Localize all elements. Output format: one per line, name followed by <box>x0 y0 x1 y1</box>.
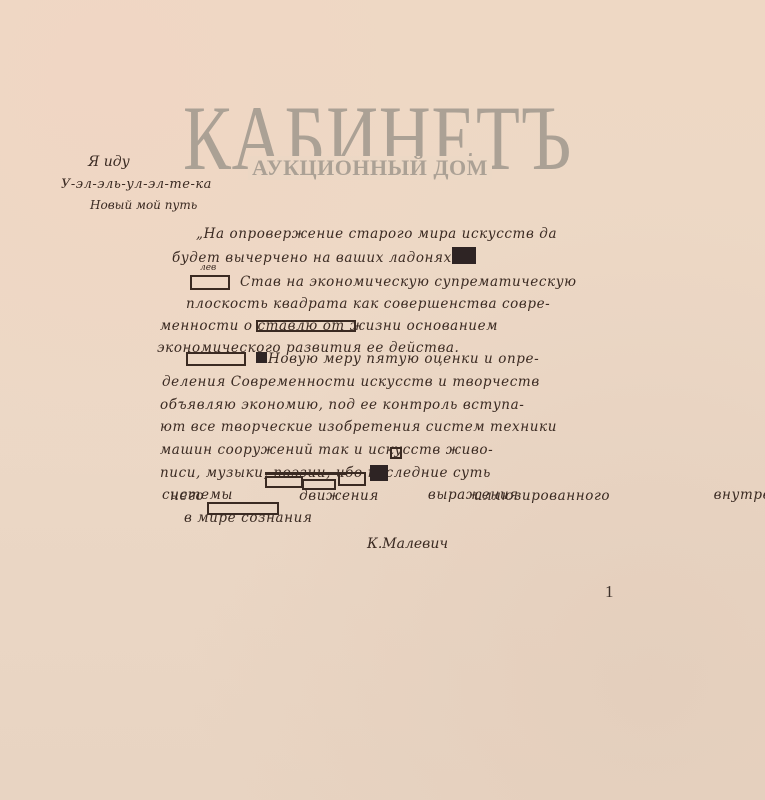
manuscript-line: „На опровержение старого мира искусств д… <box>196 226 557 242</box>
manuscript-line: ют все творческие изобретения систем тех… <box>160 419 557 435</box>
small-square-icon <box>390 447 402 459</box>
empty-square-icon <box>338 472 366 486</box>
strikethrough-line <box>265 472 347 475</box>
black-square-icon <box>452 247 476 264</box>
empty-square-icon <box>190 275 230 290</box>
black-square-icon <box>370 465 388 481</box>
author-signature: К.Малевич <box>367 536 448 552</box>
epigraph-line-3: Новый мой путь <box>90 198 197 212</box>
epigraph-line-1: Я иду <box>88 154 130 170</box>
empty-square-icon <box>256 320 356 332</box>
page-number: 1 <box>605 582 614 602</box>
watermark-subtitle: АУКЦИОННЫЙ ДОМ <box>248 156 492 180</box>
empty-square-icon <box>186 352 246 366</box>
empty-square-icon <box>265 476 303 488</box>
manuscript-line: Став на экономическую супрематическую <box>240 274 577 290</box>
black-square-icon <box>256 352 267 363</box>
epigraph-line-2: У-эл-эль-ул-эл-те-ка <box>61 177 212 192</box>
annotation-above-box: лев <box>200 263 216 273</box>
manuscript-line: него движения иллюзированного <box>170 488 610 504</box>
auction-house-watermark: КАБИНЕТЪ АУКЦИОННЫЙ ДОМ <box>183 96 593 192</box>
manuscript-line: машин сооружений так и искусств живо- <box>160 442 493 458</box>
manuscript-page: КАБИНЕТЪ АУКЦИОННЫЙ ДОМ Я иду У-эл-эль-у… <box>0 0 765 800</box>
manuscript-line: Новую меру пятую оценки и опре- <box>268 351 539 367</box>
manuscript-line: деления Современности искусств и творчес… <box>162 374 540 390</box>
manuscript-line: объявляю экономию, под ее контроль вступ… <box>160 397 524 413</box>
manuscript-line: плоскость квадрата как совершенства совр… <box>186 296 550 312</box>
manuscript-line: в мире сознания <box>184 510 312 526</box>
